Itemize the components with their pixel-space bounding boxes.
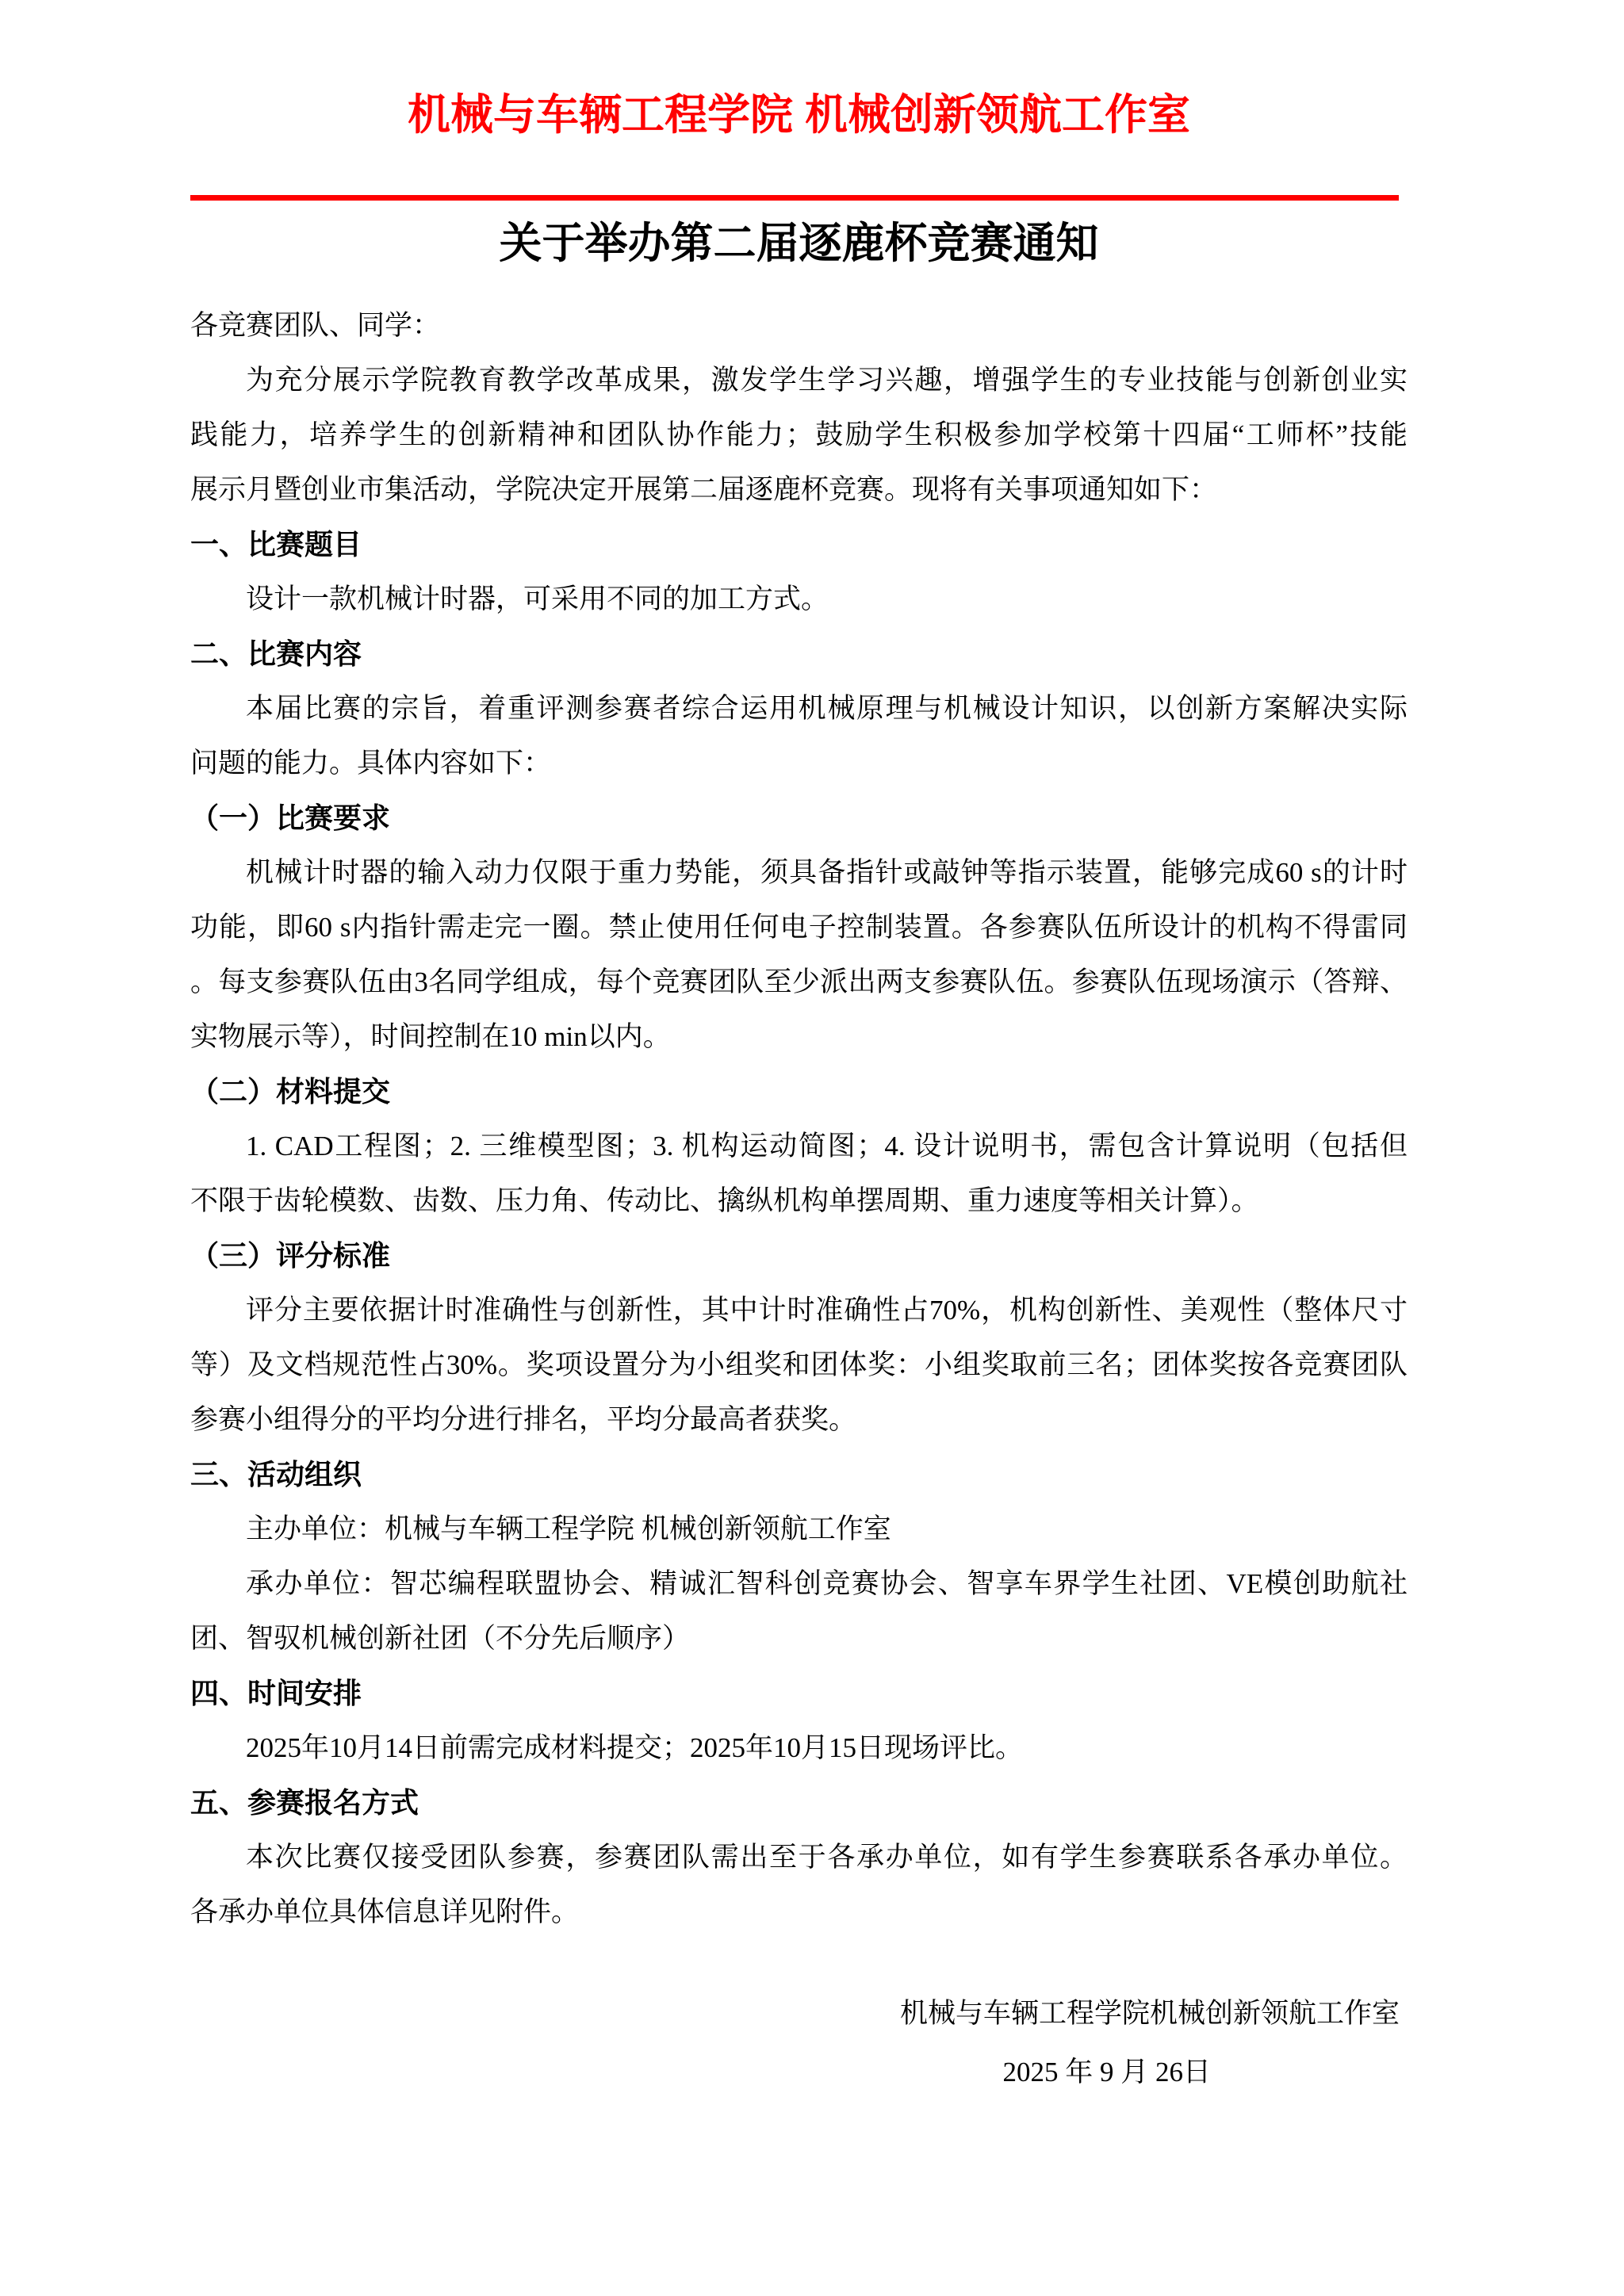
body-line: 机械计时器的输入动力仅限于重力势能，须具备指针或敲钟等指示装置，能够完成60 s… [190,845,1408,900]
section-heading: 一、比赛题目 [190,517,1408,572]
body-line: 践能力，培养学生的创新精神和团队协作能力；鼓励学生积极参加学校第十四届“工师杯”… [190,408,1408,462]
document-title: 关于举办第二届逐鹿杯竞赛通知 [190,220,1408,266]
signature-block: 机械与车辆工程学院机械创新领航工作室 2025 年 9 月 26日 [190,1984,1408,2102]
body-line: 功能，即60 s内指针需走完一圈。禁止使用任何电子控制装置。各参赛队伍所设计的机… [190,900,1408,955]
body-line: 参赛小组得分的平均分进行排名，平均分最高者获奖。 [190,1392,1408,1447]
signature-date: 2025 年 9 月 26日 [190,2043,1408,2102]
signature-org: 机械与车辆工程学院机械创新领航工作室 [190,1984,1408,2043]
document-body: 各竞赛团队、同学：为充分展示学院教育教学改革成果，激发学生学习兴趣，增强学生的专… [190,298,1408,1939]
section-heading: 二、比赛内容 [190,626,1408,681]
body-line: 为充分展示学院教育教学改革成果，激发学生学习兴趣，增强学生的专业技能与创新创业实 [190,353,1408,408]
body-line: 本次比赛仅接受团队参赛，参赛团队需出至于各承办单位，如有学生参赛联系各承办单位。 [190,1830,1408,1885]
section-heading: （一）比赛要求 [190,790,1408,845]
body-line: 1. CAD工程图；2. 三维模型图；3. 机构运动简图；4. 设计说明书，需包… [190,1119,1408,1173]
body-line: 实物展示等），时间控制在10 min以内。 [190,1009,1408,1064]
section-heading: 三、活动组织 [190,1447,1408,1502]
body-line: 各竞赛团队、同学： [190,298,1408,353]
body-line: 各承办单位具体信息详见附件。 [190,1885,1408,1939]
body-line: 问题的能力。具体内容如下： [190,736,1408,790]
section-heading: 五、参赛报名方式 [190,1775,1408,1830]
section-heading: （三）评分标准 [190,1228,1408,1283]
body-line: 。每支参赛队伍由3名同学组成，每个竞赛团队至少派出两支参赛队伍。参赛队伍现场演示… [190,955,1408,1009]
red-divider-line [190,195,1399,201]
body-line: 2025年10月14日前需完成材料提交；2025年10月15日现场评比。 [190,1720,1408,1775]
letterhead-title: 机械与车辆工程学院 机械创新领航工作室 [190,89,1408,141]
body-line: 评分主要依据计时准确性与创新性，其中计时准确性占70%，机构创新性、美观性（整体… [190,1283,1408,1337]
body-line: 等）及文档规范性占30%。奖项设置分为小组奖和团体奖：小组奖取前三名；团体奖按各… [190,1337,1408,1392]
body-line: 承办单位：智芯编程联盟协会、精诚汇智科创竞赛协会、智享车界学生社团、VE模创助航… [190,1556,1408,1611]
document-page: 机械与车辆工程学院 机械创新领航工作室 关于举办第二届逐鹿杯竞赛通知 各竞赛团队… [0,0,1624,2296]
body-line: 团、智驭机械创新社团（不分先后顺序） [190,1611,1408,1666]
body-line: 展示月暨创业市集活动，学院决定开展第二届逐鹿杯竞赛。现将有关事项通知如下： [190,462,1408,517]
section-heading: （二）材料提交 [190,1064,1408,1119]
body-line: 设计一款机械计时器，可采用不同的加工方式。 [190,572,1408,626]
body-line: 不限于齿轮模数、齿数、压力角、传动比、擒纵机构单摆周期、重力速度等相关计算）。 [190,1173,1408,1228]
body-line: 主办单位：机械与车辆工程学院 机械创新领航工作室 [190,1502,1408,1556]
body-line: 本届比赛的宗旨，着重评测参赛者综合运用机械原理与机械设计知识，以创新方案解决实际 [190,681,1408,736]
section-heading: 四、时间安排 [190,1666,1408,1720]
